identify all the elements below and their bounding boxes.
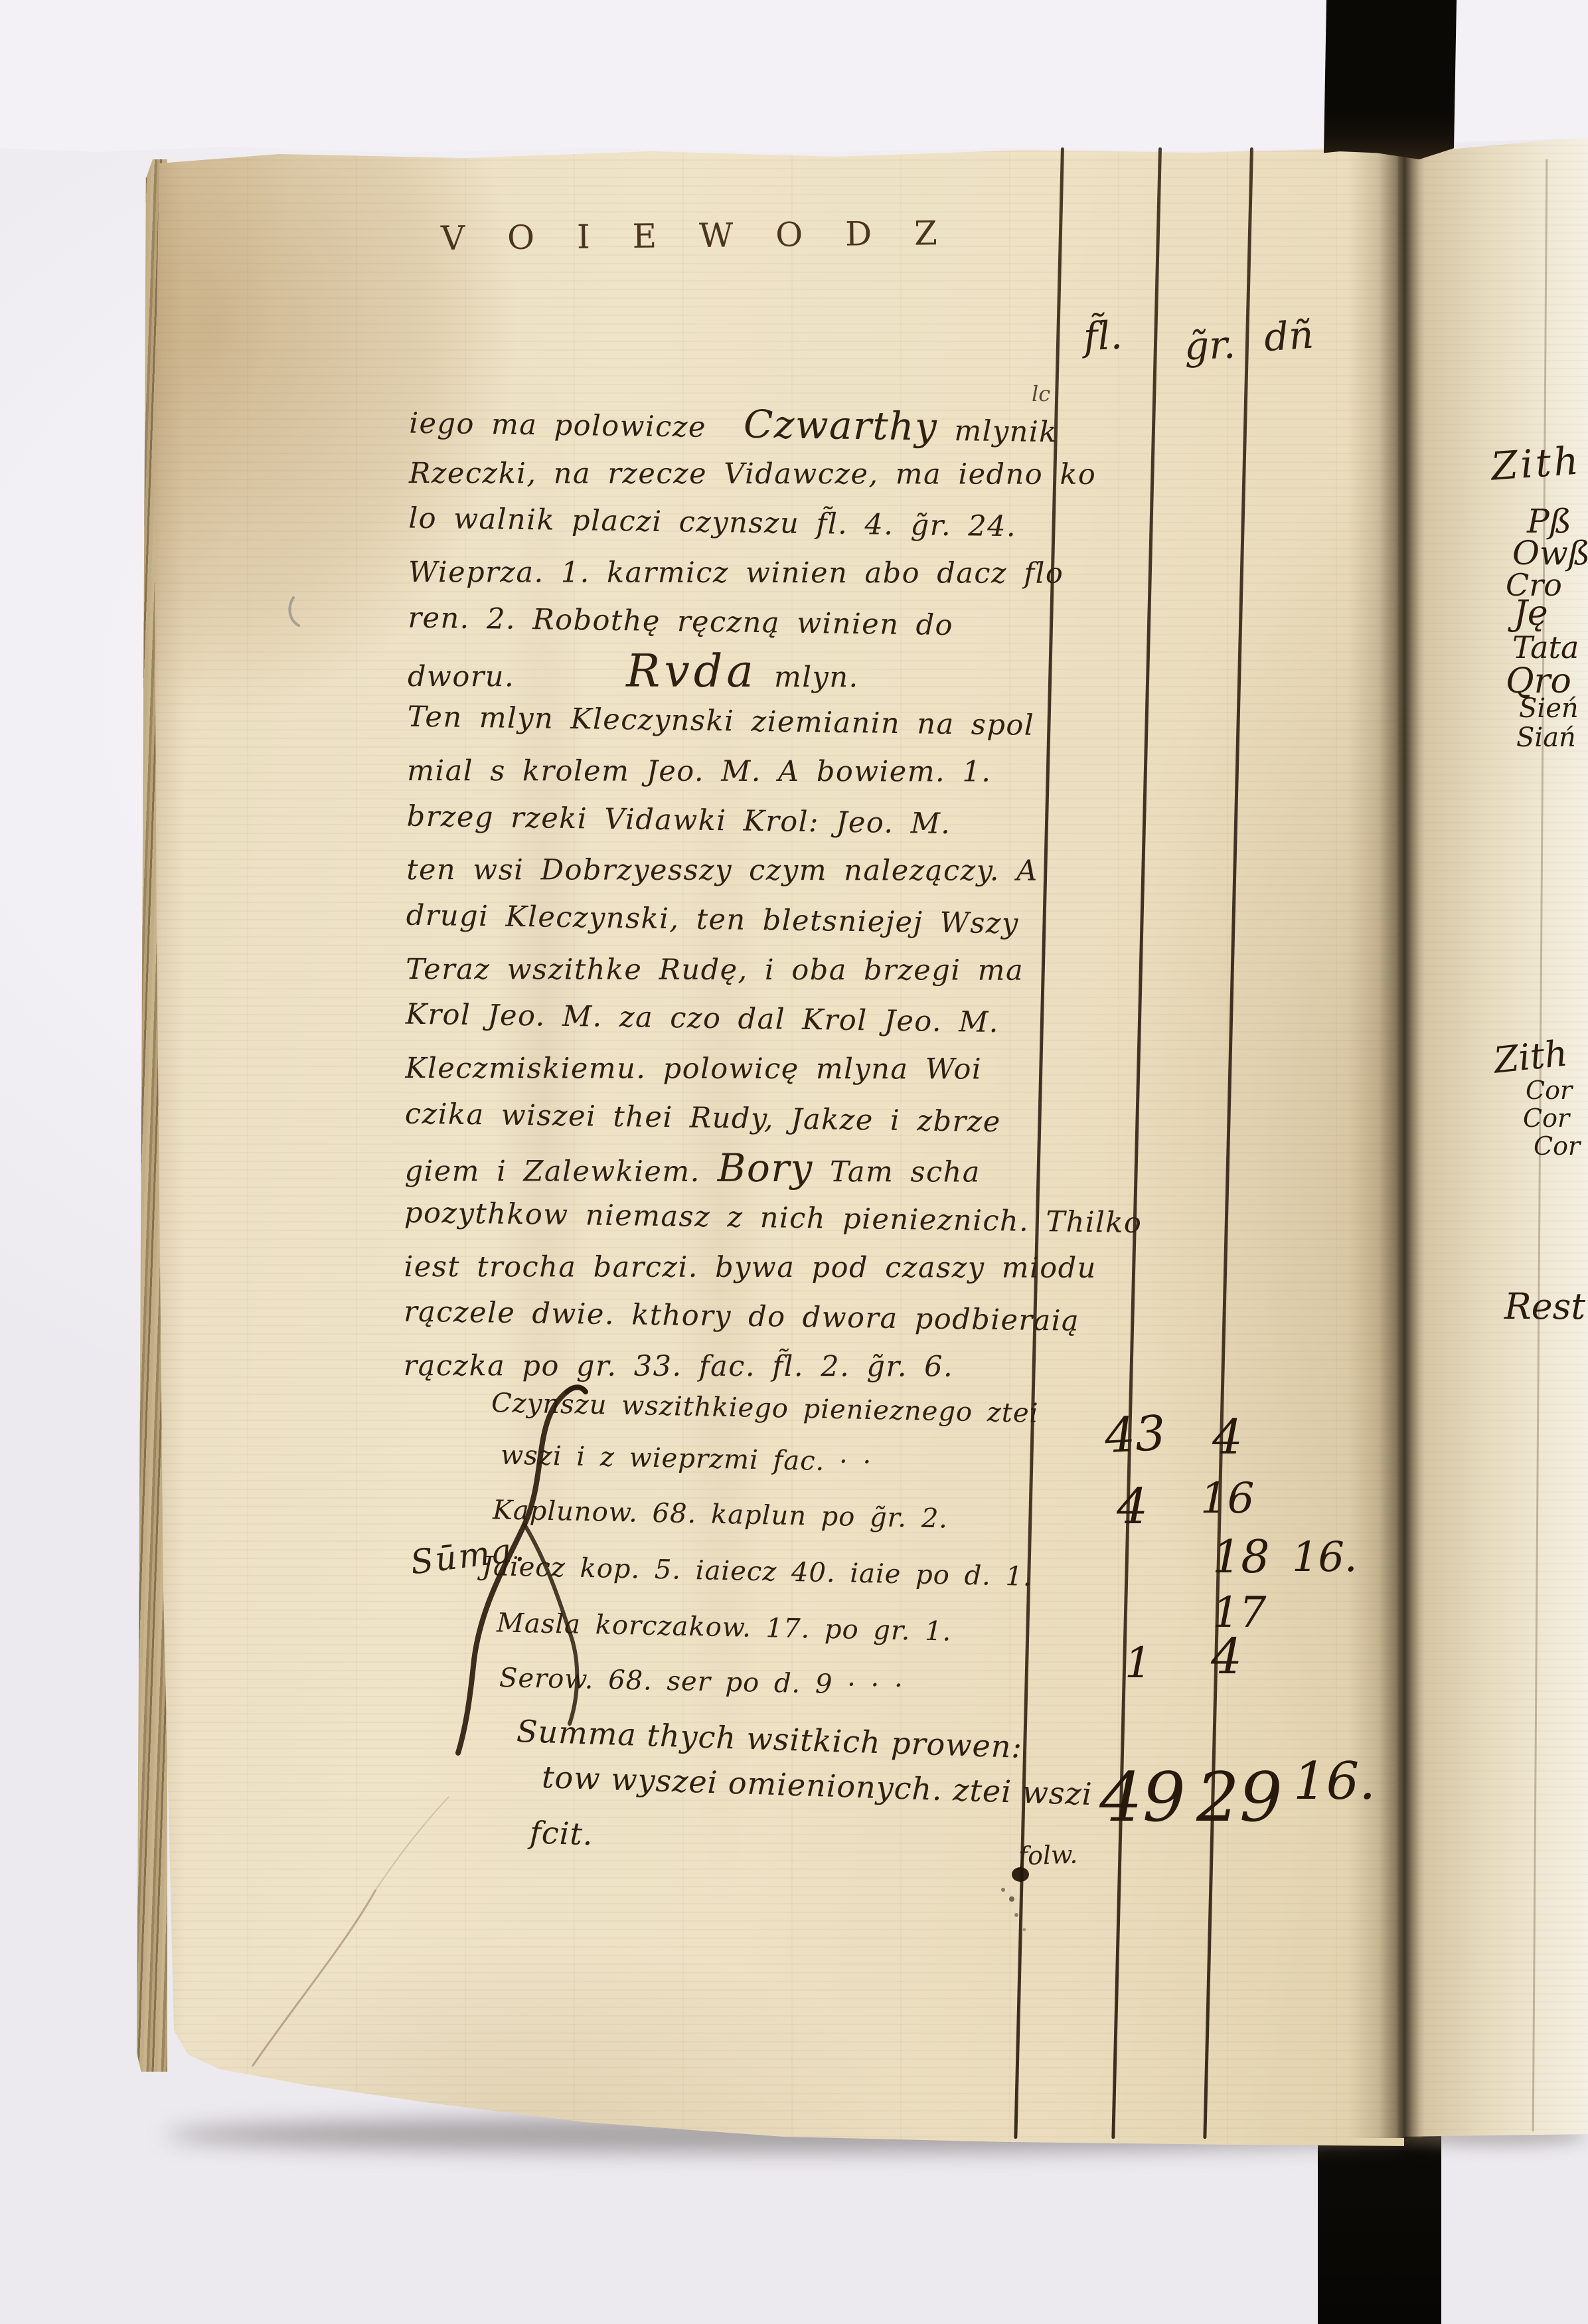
amount-florins: 43: [1103, 1405, 1167, 1464]
text-line: ten wsi Dobrzyesszy czym nalezączy. A: [406, 845, 1110, 896]
text-run: mlyn.: [757, 661, 859, 694]
grand-total-text: fcit.: [529, 1815, 594, 1853]
amount-grosze: 16: [1200, 1474, 1254, 1523]
text-run-large: Czwarthy: [744, 402, 938, 450]
amount-grosze: 18: [1212, 1531, 1270, 1584]
text-line: rączka po gr. 33. fac. f̃l. 2. g̃r. 6.: [404, 1341, 1107, 1392]
text-run: Kleczmiskiemu. polowicę mlyna Woi: [405, 1052, 982, 1086]
facing-text-fragment: Ję: [1514, 594, 1548, 633]
text-run: rączka po gr. 33. fac. f̃l. 2. g̃r. 6.: [404, 1349, 954, 1383]
text-line: iest trocha barczi. bywa pod czaszy miod…: [404, 1242, 1108, 1293]
text-run: Ten mlyn Kleczynski ziemianin na spol: [407, 701, 1034, 742]
text-line: brzeg rzeki Vidawki Krol: Jeo. M.: [406, 791, 1111, 851]
book-gutter: [1348, 145, 1425, 2138]
total-denary: 16.: [1293, 1752, 1376, 1811]
text-run: Wieprza. 1. karmicz winien abo dacz flo: [408, 556, 1064, 590]
facing-text-fragment: Tata: [1512, 629, 1579, 665]
facing-text-fragment: Zith: [1490, 438, 1583, 489]
text-line: Kleczmiskiemu. polowicę mlyna Woi: [405, 1044, 1109, 1095]
column-header-florins: f̃l.: [1082, 313, 1123, 360]
running-title: V O I E W O D Z: [441, 214, 953, 258]
text-run: Teraz wszithke Rudę, i oba brzegi ma: [406, 953, 1024, 987]
text-line: Krol Jeo. M. za czo dal Krol Jeo. M.: [405, 990, 1109, 1049]
black-strap-bottom: [1318, 2133, 1441, 2324]
column-header-denary: dñ: [1263, 311, 1315, 360]
amount-denary: 16.: [1292, 1533, 1358, 1581]
text-run: dworu.: [408, 661, 515, 694]
manuscript-photo: V O I E W O D Z f̃l. g̃r. dñ lc iego ma …: [0, 0, 1588, 2324]
text-run: ren. 2. Robothę ręczną winien do: [408, 601, 953, 641]
text-line: drugi Kleczynski, ten bletsniejej Wszy: [406, 890, 1110, 950]
text-line: ren. 2. Robothę ręczną winien do: [408, 593, 1112, 652]
text-run: lo walnik placzi czynszu f̃l. 4. g̃r. 24…: [408, 502, 1016, 544]
text-line: giem i Zalewkiem.Bory Tam scha: [404, 1143, 1108, 1194]
amount-florins: 1: [1125, 1639, 1152, 1688]
facing-text-fragment: Cor: [1534, 1131, 1580, 1161]
text-line: mial s krolem Jeo. M. A bowiem. 1.: [407, 746, 1111, 797]
text-run: rączele dwie. kthory do dwora podbieraią: [404, 1295, 1080, 1338]
facing-text-fragment: Siań: [1516, 722, 1576, 753]
text-run-large: Rvda: [626, 645, 757, 698]
text-line: dworu.Rvda mlyn.: [408, 647, 1111, 699]
total-florins: 49: [1099, 1758, 1186, 1837]
text-run: Krol Jeo. M. za czo dal Krol Jeo. M.: [406, 998, 1000, 1039]
text-line: lo walnik placzi czynszu f̃l. 4. g̃r. 24…: [408, 494, 1113, 553]
text-line: Rzeczki, na rzecze Vidawcze, ma iedno ko: [409, 449, 1113, 500]
text-run: Tam scha: [813, 1155, 981, 1189]
text-run: pozythkow niemasz z nich pienieznich. Th…: [404, 1197, 1143, 1240]
text-line: czika wiszei thei Rudy, Jakze i zbrze: [404, 1089, 1109, 1148]
text-line: rączele dwie. kthory do dwora podbieraią: [404, 1287, 1108, 1347]
column-header-grosze: g̃r.: [1184, 322, 1236, 369]
facing-text-fragment: Cor: [1523, 1104, 1569, 1133]
text-run: iest trocha barczi. bywa pod czaszy miod…: [404, 1250, 1097, 1285]
facing-text-fragment: Rest: [1504, 1286, 1585, 1327]
text-run: mial s krolem Jeo. M. A bowiem. 1.: [407, 754, 991, 789]
black-strap-top: [1324, 0, 1457, 159]
text-line: Teraz wszithke Rudę, i oba brzegi ma: [406, 945, 1109, 996]
text-line: iego ma polowiczeCzwarthy mlynik: [409, 395, 1113, 454]
amount-grosze: 4: [1211, 1628, 1242, 1685]
text-line: Wieprza. 1. karmicz winien abo dacz flo: [408, 548, 1112, 599]
text-run: giem i Zalewkiem.: [404, 1155, 700, 1189]
facing-text-fragment: Zith: [1492, 1032, 1569, 1081]
catchword: folw.: [1018, 1839, 1078, 1870]
amount-florins: 4: [1117, 1478, 1148, 1535]
text-run: brzeg rzeki Vidawki Krol: Jeo. M.: [406, 799, 951, 840]
facing-text-fragment: Cor: [1526, 1076, 1572, 1105]
text-run: czika wiszei thei Rudy, Jakze i zbrze: [405, 1097, 1001, 1139]
text-line: pozythkow niemasz z nich pienieznich. Th…: [404, 1189, 1109, 1248]
amount-grosze: 4: [1212, 1409, 1243, 1465]
text-run: mlynik: [937, 414, 1058, 450]
text-line: Ten mlyn Kleczynski ziemianin na spol: [407, 693, 1111, 752]
text-run: Rzeczki, na rzecze Vidawcze, ma iedno ko: [409, 457, 1097, 491]
text-run: ten wsi Dobrzyesszy czym nalezączy. A: [406, 853, 1038, 888]
facing-text-fragment: Sień: [1519, 693, 1579, 724]
text-run: iego ma polowicze: [409, 407, 706, 444]
total-grosze: 29: [1196, 1758, 1283, 1837]
body-text: iego ma polowiczeCzwarthy mlynik Rzeczki…: [403, 398, 1113, 1394]
text-run-large: Bory: [718, 1145, 813, 1191]
text-run: drugi Kleczynski, ten bletsniejej Wszy: [406, 898, 1019, 940]
